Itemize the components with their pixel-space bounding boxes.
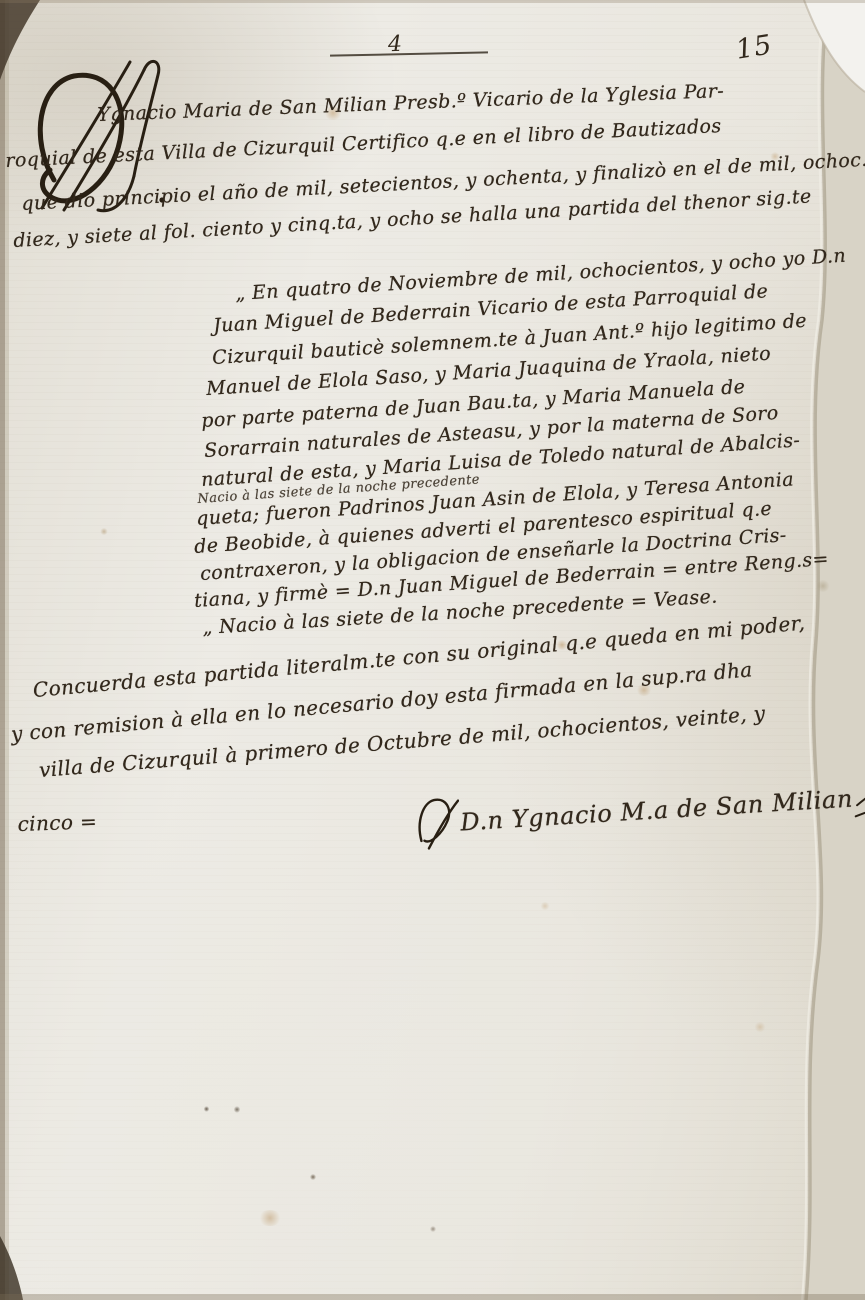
manuscript-page: 4 15 D. Ygnacio Maria de San Milian Pres… <box>0 0 865 1300</box>
fox-spot <box>430 1226 436 1232</box>
fox-spot <box>100 528 108 535</box>
signature-rubric <box>851 772 865 822</box>
page-number: 15 <box>734 29 775 65</box>
folio-strike-line <box>330 51 488 56</box>
manuscript-line: cinco = <box>17 809 97 836</box>
signature: D.n Ygnacio M.a de San Milian <box>413 767 865 853</box>
fox-spot <box>310 1174 316 1180</box>
fox-spot <box>258 1210 282 1226</box>
fox-spot <box>234 1106 240 1113</box>
fox-spot <box>754 1022 766 1032</box>
signature-name: D.n Ygnacio M.a de San Milian <box>460 785 854 837</box>
fox-spot <box>816 580 830 592</box>
fox-spot <box>540 902 550 910</box>
signature-flourish <box>413 795 462 854</box>
fox-spot <box>204 1106 209 1112</box>
